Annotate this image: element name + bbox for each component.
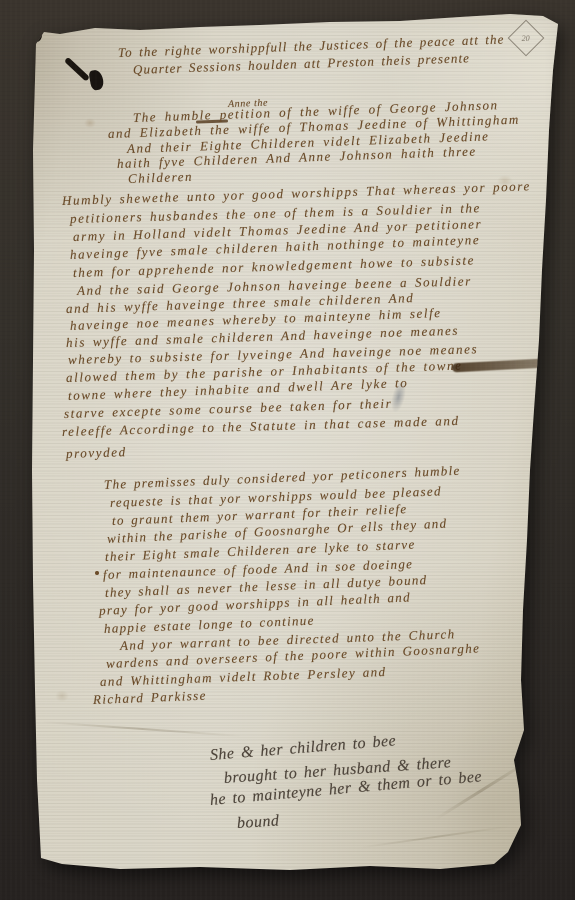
foxing-spot [84, 118, 96, 128]
archive-stamp-icon: 20 [508, 20, 545, 57]
body-line: provyded [66, 445, 127, 460]
manuscript-page: To the righte worshippfull the Justices … [0, 0, 575, 900]
bullet-dot [95, 571, 99, 575]
crease [42, 721, 242, 737]
intro-line: Childeren [128, 170, 193, 185]
paper-hole [88, 69, 104, 91]
ink-smear [452, 359, 544, 373]
warrant-line: Richard Parkisse [93, 689, 207, 706]
paper-tear [64, 57, 90, 82]
foxing-spot [497, 175, 513, 187]
paper-shadow: To the righte worshippfull the Justices … [0, 0, 575, 900]
document-photo: To the righte worshippfull the Justices … [0, 0, 575, 900]
stamp-number: 20 [522, 34, 530, 43]
crease [361, 826, 510, 849]
foxing-spot [55, 690, 69, 702]
decision-note-line: bound [237, 813, 280, 832]
paper-hole [29, 28, 43, 44]
